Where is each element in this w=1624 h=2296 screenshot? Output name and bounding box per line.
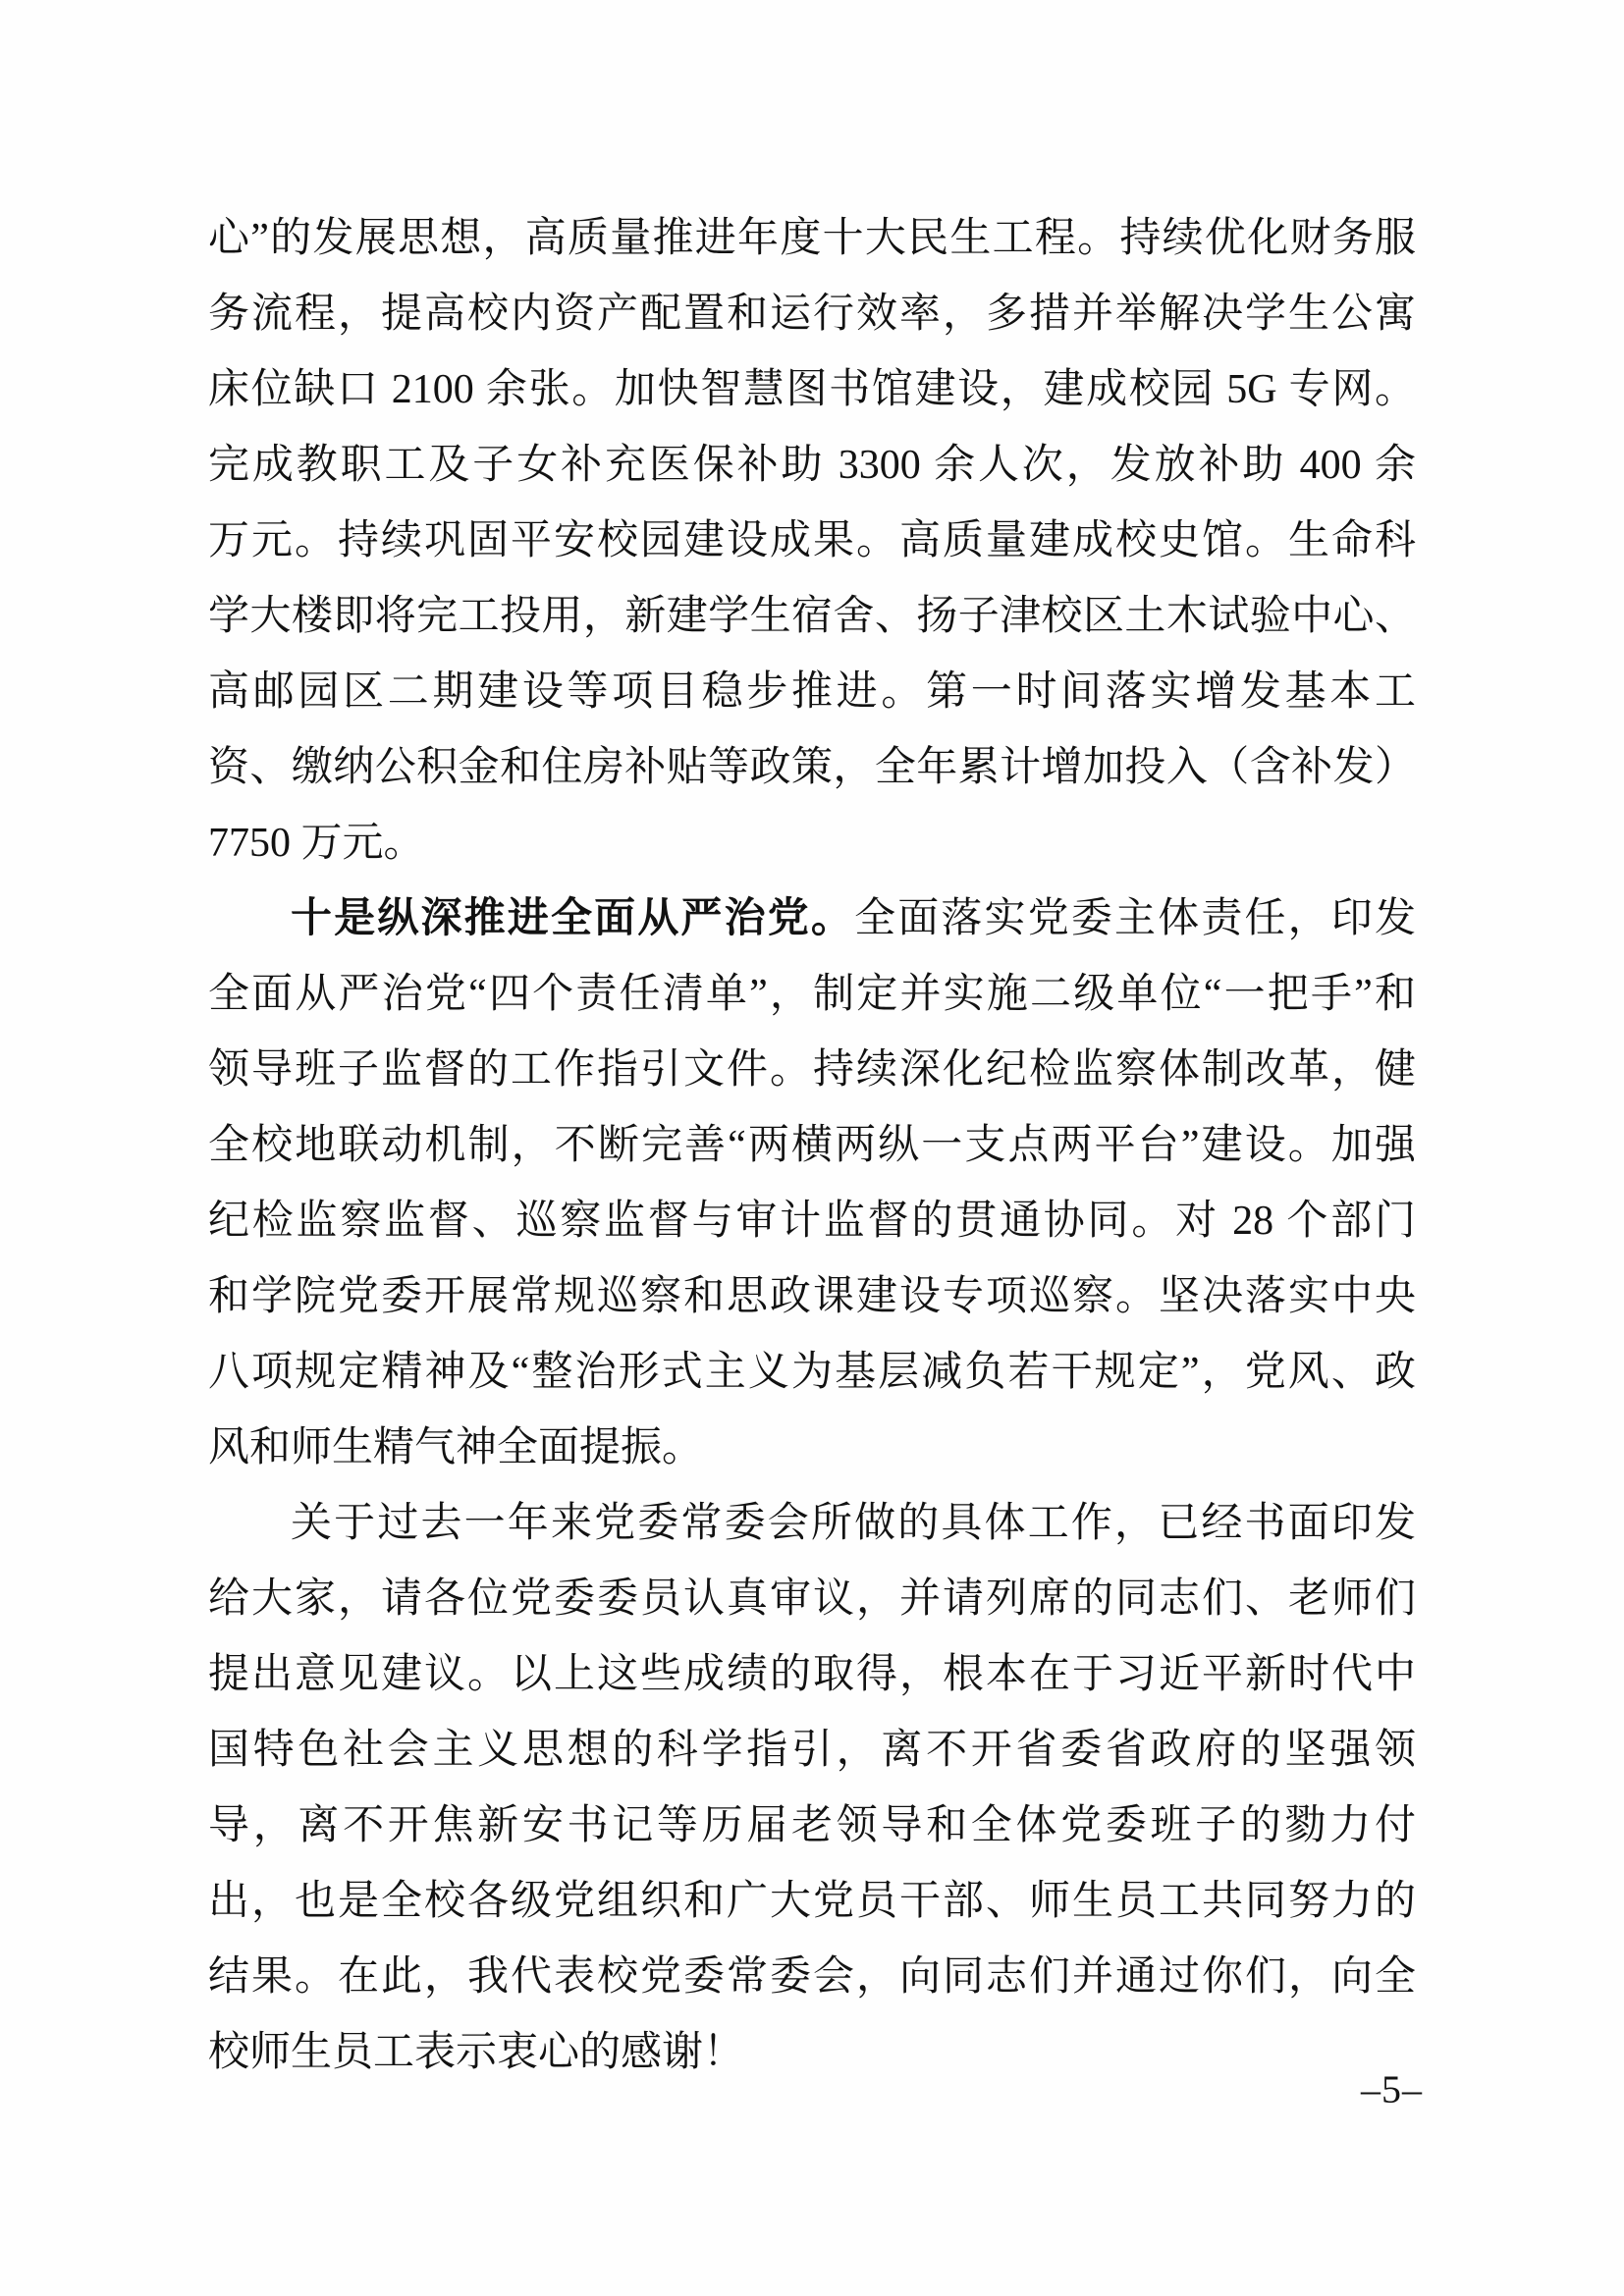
text-line: 全面从严治党“四个责任清单”，制定并实施二级单位“一把手”和 (208, 957, 1416, 1033)
text-line: 7750 万元。 (208, 806, 1416, 881)
text-line: 心”的发展思想，高质量推进年度十大民生工程。持续优化财务服 (208, 201, 1416, 277)
text-line: 给大家，请各位党委委员认真审议，并请列席的同志们、老师们 (208, 1562, 1416, 1637)
text-line: 床位缺口 2100 余张。加快智慧图书馆建设，建成校园 5G 专网。 (208, 352, 1416, 428)
text-line: 务流程，提高校内资产配置和运行效率，多措并举解决学生公寓 (208, 277, 1416, 352)
text-line: 全校地联动机制，不断完善“两横两纵一支点两平台”建设。加强 (208, 1108, 1416, 1184)
page-number: –5– (1361, 2066, 1423, 2112)
text-line: 纪检监察监督、巡察监督与审计监督的贯通协同。对 28 个部门 (208, 1184, 1416, 1259)
text-line: 提出意见建议。以上这些成绩的取得，根本在于习近平新时代中 (208, 1637, 1416, 1713)
text-line: 万元。持续巩固平安校园建设成果。高质量建成校史馆。生命科 (208, 504, 1416, 579)
text-line: 和学院党委开展常规巡察和思政课建设专项巡察。坚决落实中央 (208, 1259, 1416, 1335)
section-heading-bold: 十是纵深推进全面从严治党。 (291, 896, 854, 941)
text-line: 学大楼即将完工投用，新建学生宿舍、扬子津校区土木试验中心、 (208, 579, 1416, 655)
text-line: 关于过去一年来党委常委会所做的具体工作，已经书面印发 (208, 1486, 1416, 1562)
document-page: 心”的发展思想，高质量推进年度十大民生工程。持续优化财务服 务流程，提高校内资产… (0, 0, 1624, 2296)
text-line: 十是纵深推进全面从严治党。全面落实党委主体责任，印发 (208, 881, 1416, 957)
text-line: 出，也是全校各级党组织和广大党员干部、师生员工共同努力的 (208, 1864, 1416, 1940)
text-line: 国特色社会主义思想的科学指引，离不开省委省政府的坚强领 (208, 1713, 1416, 1789)
text-line: 完成教职工及子女补充医保补助 3300 余人次，发放补助 400 余 (208, 428, 1416, 504)
text-line: 风和师生精气神全面提振。 (208, 1411, 1416, 1486)
text-line: 高邮园区二期建设等项目稳步推进。第一时间落实增发基本工 (208, 655, 1416, 730)
text-line: 资、缴纳公积金和住房补贴等政策，全年累计增加投入（含补发） (208, 730, 1416, 806)
text-block: 心”的发展思想，高质量推进年度十大民生工程。持续优化财务服 务流程，提高校内资产… (208, 201, 1416, 2091)
text-line: 领导班子监督的工作指引文件。持续深化纪检监察体制改革，健 (208, 1033, 1416, 1108)
text-line: 导，离不开焦新安书记等历届老领导和全体党委班子的勠力付 (208, 1789, 1416, 1864)
text-line: 结果。在此，我代表校党委常委会，向同志们并通过你们，向全 (208, 1940, 1416, 2015)
text-line: 八项规定精神及“整治形式主义为基层减负若干规定”，党风、政 (208, 1335, 1416, 1411)
text-line-rest: 全面落实党委主体责任，印发 (854, 896, 1416, 941)
text-line: 校师生员工表示衷心的感谢！ (208, 2015, 1416, 2091)
